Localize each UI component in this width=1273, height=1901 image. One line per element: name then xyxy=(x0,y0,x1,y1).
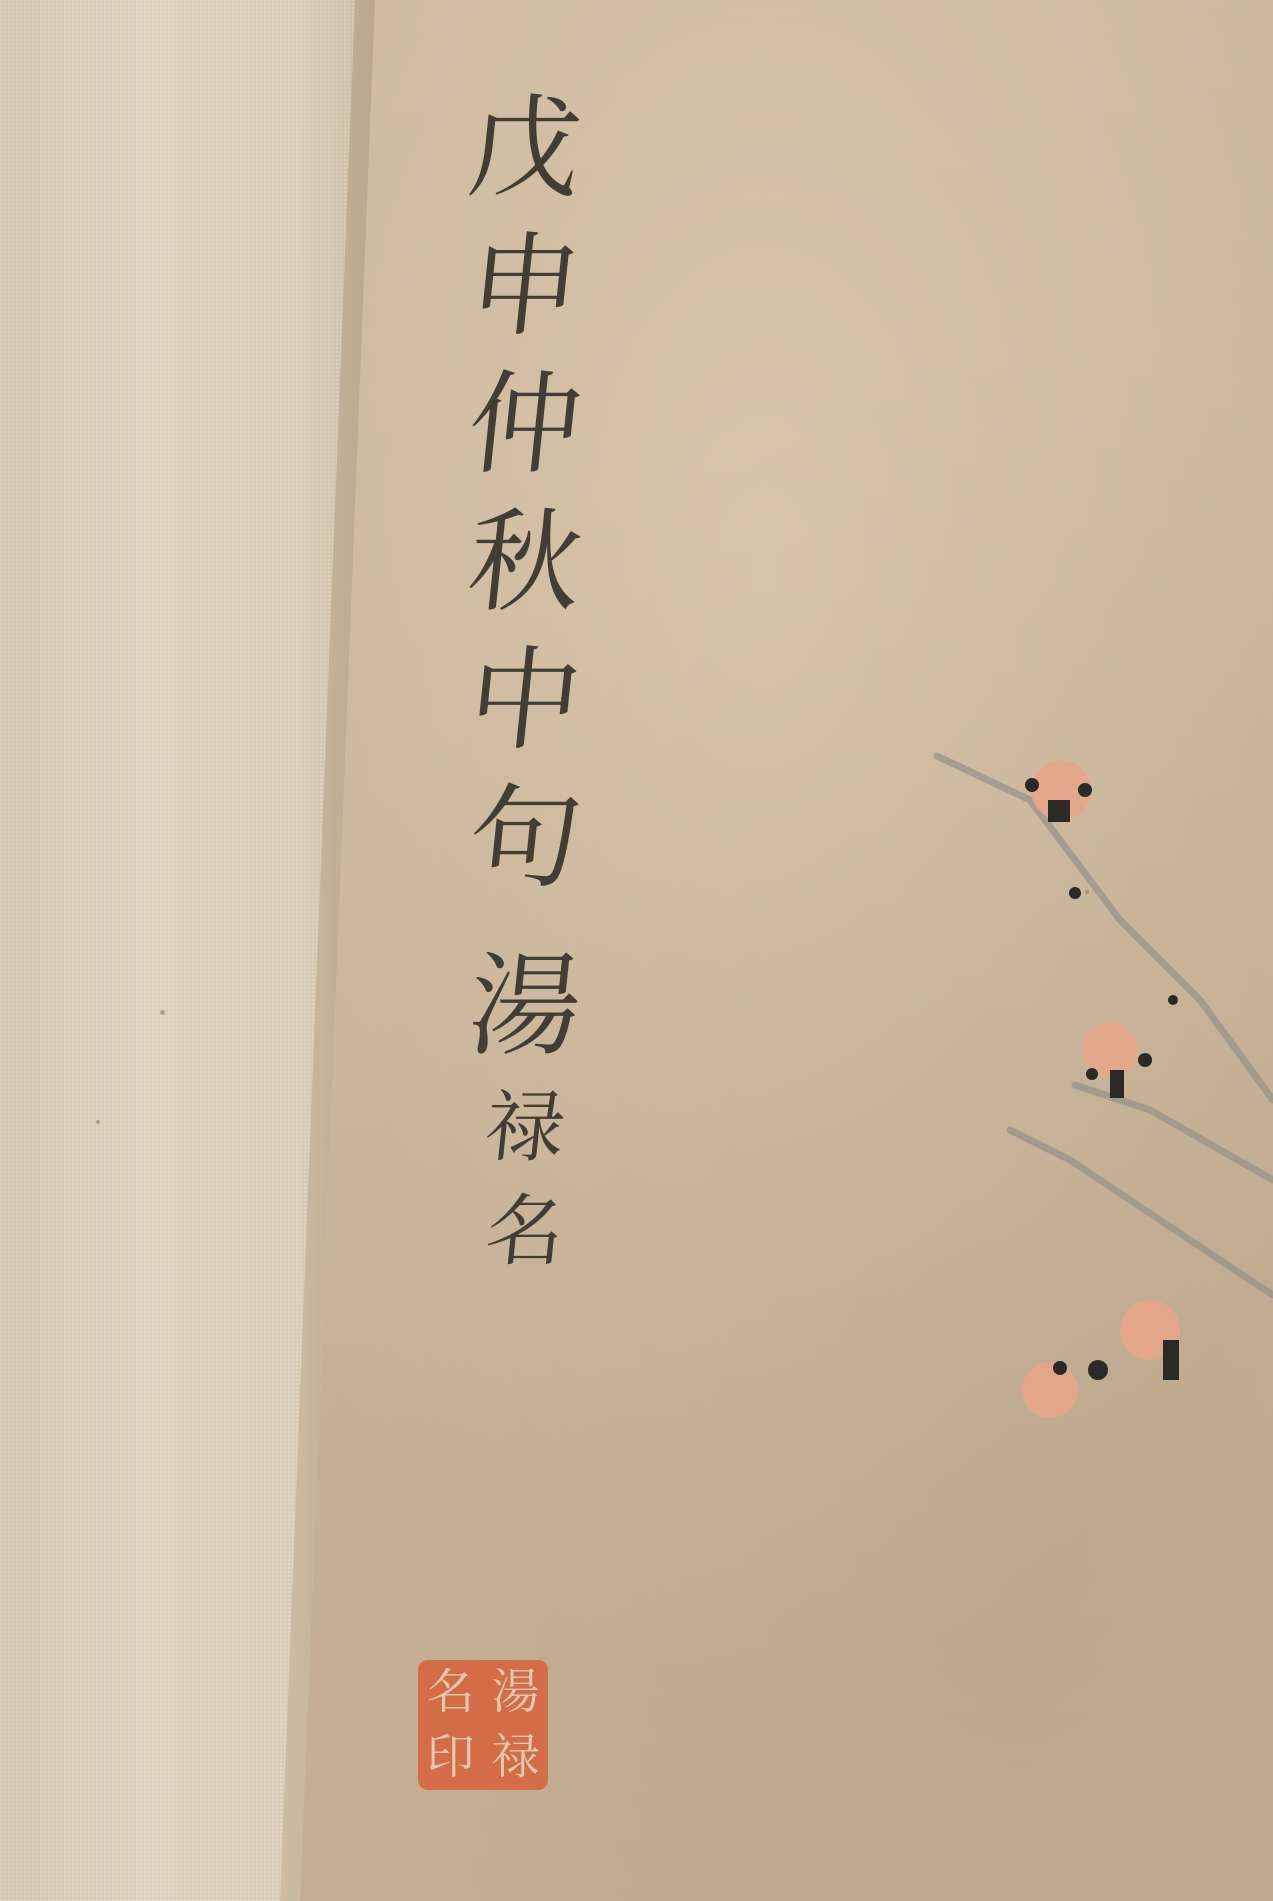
ink-calyx xyxy=(1025,778,1179,1380)
plum-blossom-branch xyxy=(0,0,1273,1901)
blossoms xyxy=(1022,760,1180,1418)
